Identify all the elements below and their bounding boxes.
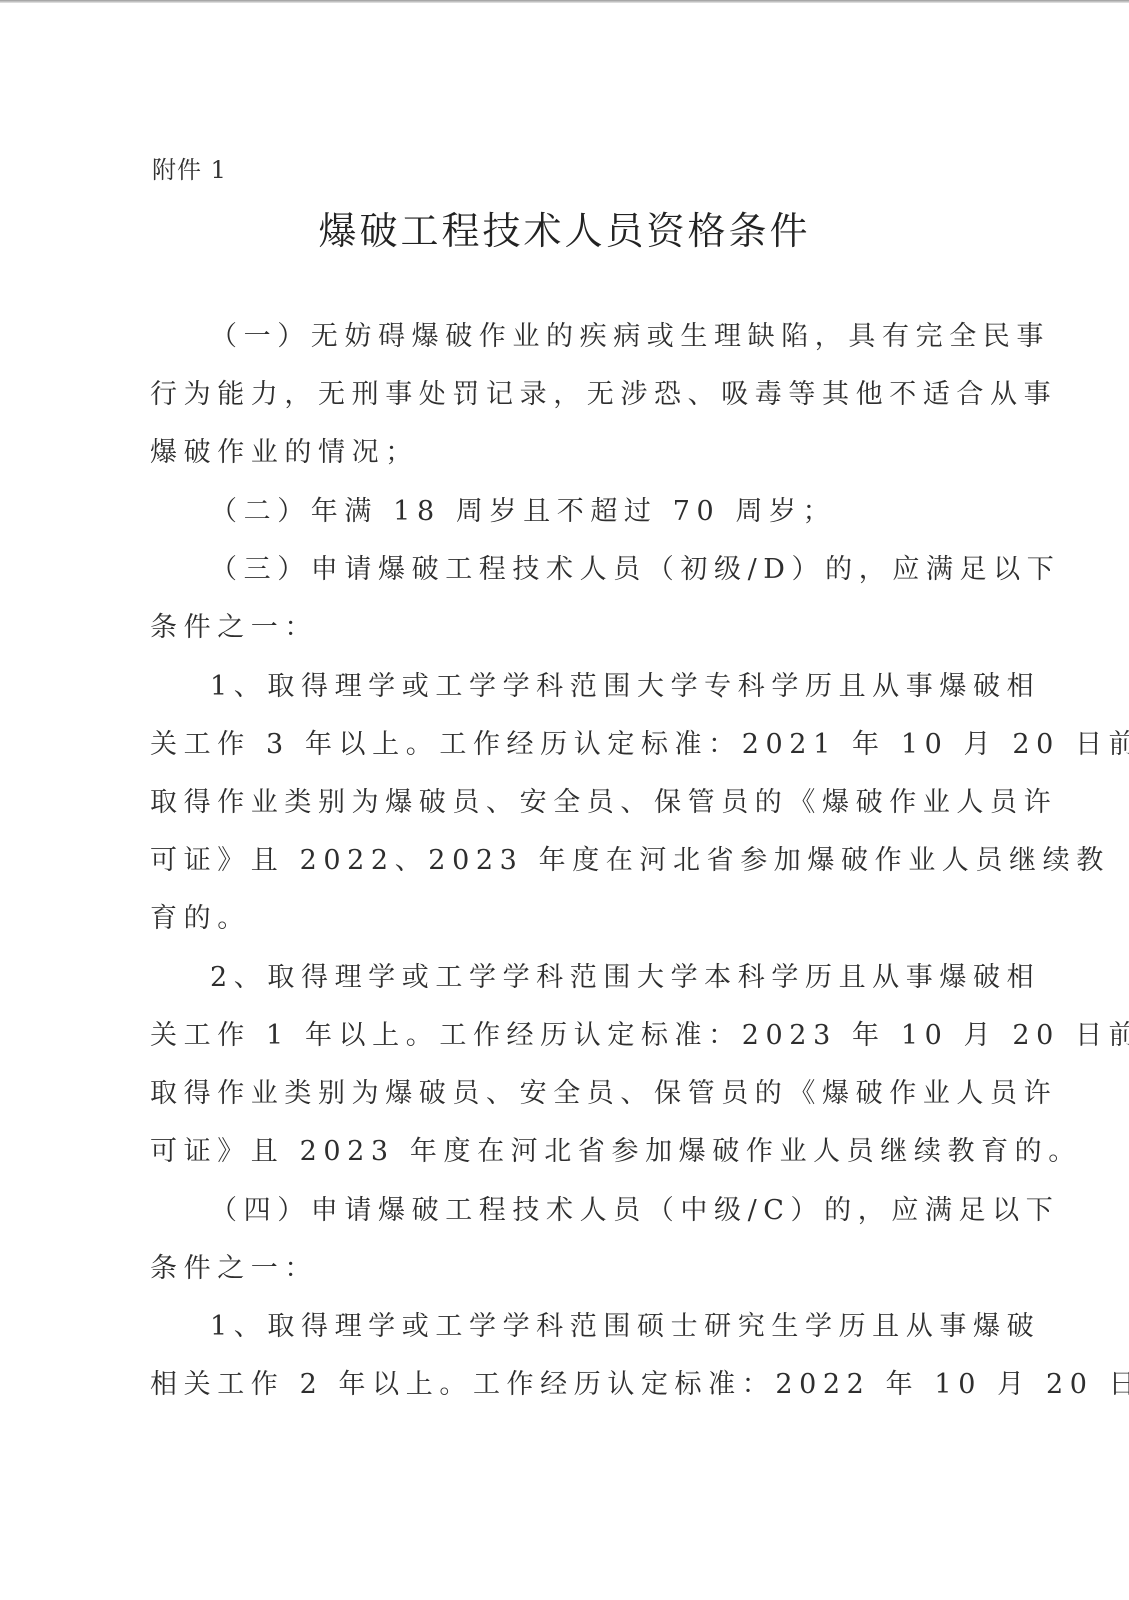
paragraph-line: 取得作业类别为爆破员、安全员、保管员的《爆破作业人员许	[150, 1071, 1057, 1110]
paragraph-line: 1、取得理学或工学学科范围大学专科学历且从事爆破相	[210, 664, 1040, 703]
paragraph-line: 条件之一：	[150, 605, 318, 644]
paragraph-line: 爆破作业的情况；	[150, 430, 419, 469]
paragraph-line: （二）年满 18 周岁且不超过 70 周岁；	[210, 489, 836, 528]
paragraph-line: 关工作 1 年以上。工作经历认定标准：2023 年 10 月 20 日前	[150, 1013, 1129, 1052]
scan-top-edge	[0, 0, 1129, 3]
paragraph-line: 相关工作 2 年以上。工作经历认定标准：2022 年 10 月 20 日	[150, 1362, 1129, 1401]
paragraph-line: 可证》且 2022、2023 年度在河北省参加爆破作业人员继续教	[150, 838, 1110, 877]
paragraph-line: （三）申请爆破工程技术人员（初级/D）的，应满足以下	[210, 547, 1060, 586]
paragraph-line: 育的。	[150, 896, 251, 935]
paragraph-line: 可证》且 2023 年度在河北省参加爆破作业人员继续教育的。	[150, 1129, 1082, 1168]
paragraph-line: （一）无妨碍爆破作业的疾病或生理缺陷，具有完全民事	[210, 314, 1050, 353]
paragraph-line: 关工作 3 年以上。工作经历认定标准：2021 年 10 月 20 日前	[150, 722, 1129, 761]
paragraph-line: （四）申请爆破工程技术人员（中级/C）的，应满足以下	[210, 1188, 1059, 1227]
attachment-label: 附件 1	[152, 150, 227, 185]
paragraph-line: 取得作业类别为爆破员、安全员、保管员的《爆破作业人员许	[150, 780, 1057, 819]
paragraph-line: 1、取得理学或工学学科范围硕士研究生学历且从事爆破	[210, 1304, 1040, 1343]
paragraph-line: 2、取得理学或工学学科范围大学本科学历且从事爆破相	[210, 955, 1040, 994]
paragraph-line: 行为能力，无刑事处罚记录，无涉恐、吸毒等其他不适合从事	[150, 372, 1057, 411]
document-title: 爆破工程技术人员资格条件	[0, 200, 1129, 255]
paragraph-line: 条件之一：	[150, 1246, 318, 1285]
